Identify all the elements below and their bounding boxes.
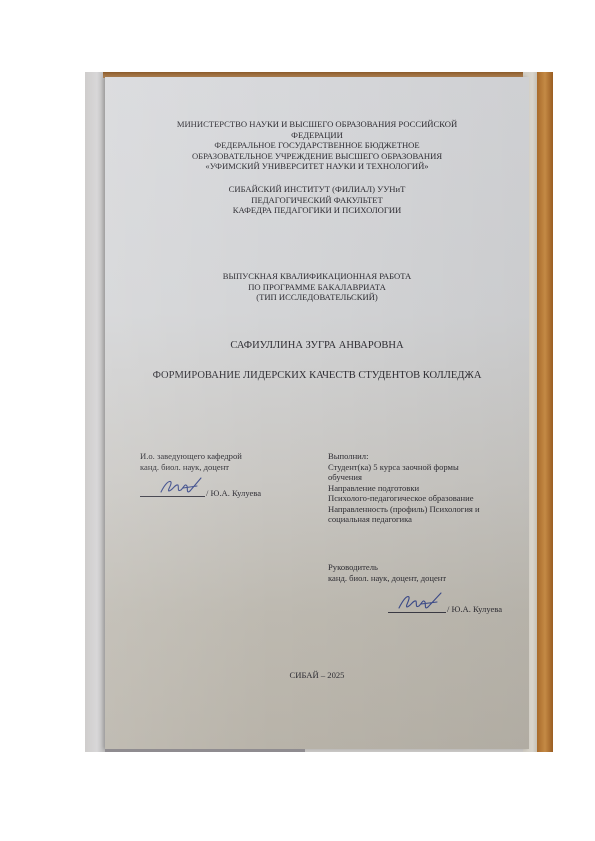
page-bottom-edge: [105, 749, 305, 752]
student-course-cont: обучения: [328, 472, 362, 483]
signature-mark: [157, 474, 203, 498]
wood-edge-right: [537, 72, 553, 752]
profile-label: Направленность (профиль) Психология и: [328, 504, 480, 515]
page-stack-edge: [85, 72, 105, 752]
document-photo: МИНИСТЕРСТВО НАУКИ И ВЫСШЕГО ОБРАЗОВАНИЯ…: [85, 72, 553, 752]
department-line: КАФЕДРА ПЕДАГОГИКИ И ПСИХОЛОГИИ: [105, 205, 529, 216]
header-line: «УФИМСКИЙ УНИВЕРСИТЕТ НАУКИ И ТЕХНОЛОГИЙ…: [105, 161, 529, 172]
supervisor-signature-name: / Ю.А. Кулуева: [447, 604, 502, 615]
supervisor-label: Руководитель: [328, 562, 378, 573]
student-course: Студент(ка) 5 курса заочной формы: [328, 462, 459, 473]
header-line: ОБРАЗОВАТЕЛЬНОЕ УЧРЕЖДЕНИЕ ВЫСШЕГО ОБРАЗ…: [105, 151, 529, 162]
profile-value: социальная педагогика: [328, 514, 412, 525]
work-type-line: ВЫПУСКНАЯ КВАЛИФИКАЦИОННАЯ РАБОТА: [105, 271, 529, 282]
header-line: ФЕДЕРАЦИИ: [105, 130, 529, 141]
header-line: МИНИСТЕРСТВО НАУКИ И ВЫСШЕГО ОБРАЗОВАНИЯ…: [105, 119, 529, 130]
institute-line: СИБАЙСКИЙ ИНСТИТУТ (ФИЛИАЛ) УУНиТ: [105, 184, 529, 195]
faculty-line: ПЕДАГОГИЧЕСКИЙ ФАКУЛЬТЕТ: [105, 195, 529, 206]
work-type-line: (ТИП ИССЛЕДОВАТЕЛЬСКИЙ): [105, 292, 529, 303]
direction-value: Психолого-педагогическое образование: [328, 493, 474, 504]
direction-label: Направление подготовки: [328, 483, 419, 494]
author-name: САФИУЛЛИНА ЗУГРА АНВАРОВНА: [105, 340, 529, 352]
work-type-line: ПО ПРОГРАММЕ БАКАЛАВРИАТА: [105, 282, 529, 293]
supervisor-degree: канд. биол. наук, доцент, доцент: [328, 573, 446, 584]
head-of-dept-title: И.о. заведующего кафедрой: [140, 451, 242, 462]
signature-mark: [395, 590, 445, 614]
title-page: МИНИСТЕРСТВО НАУКИ И ВЫСШЕГО ОБРАЗОВАНИЯ…: [105, 77, 529, 749]
city-year: СИБАЙ – 2025: [105, 670, 529, 681]
thesis-title: ФОРМИРОВАНИЕ ЛИДЕРСКИХ КАЧЕСТВ СТУДЕНТОВ…: [105, 370, 529, 382]
head-of-dept-degree: канд. биол. наук, доцент: [140, 462, 229, 473]
performed-by-label: Выполнил:: [328, 451, 368, 462]
head-of-dept-signature-name: / Ю.А. Кулуева: [206, 488, 261, 499]
header-line: ФЕДЕРАЛЬНОЕ ГОСУДАРСТВЕННОЕ БЮДЖЕТНОЕ: [105, 140, 529, 151]
